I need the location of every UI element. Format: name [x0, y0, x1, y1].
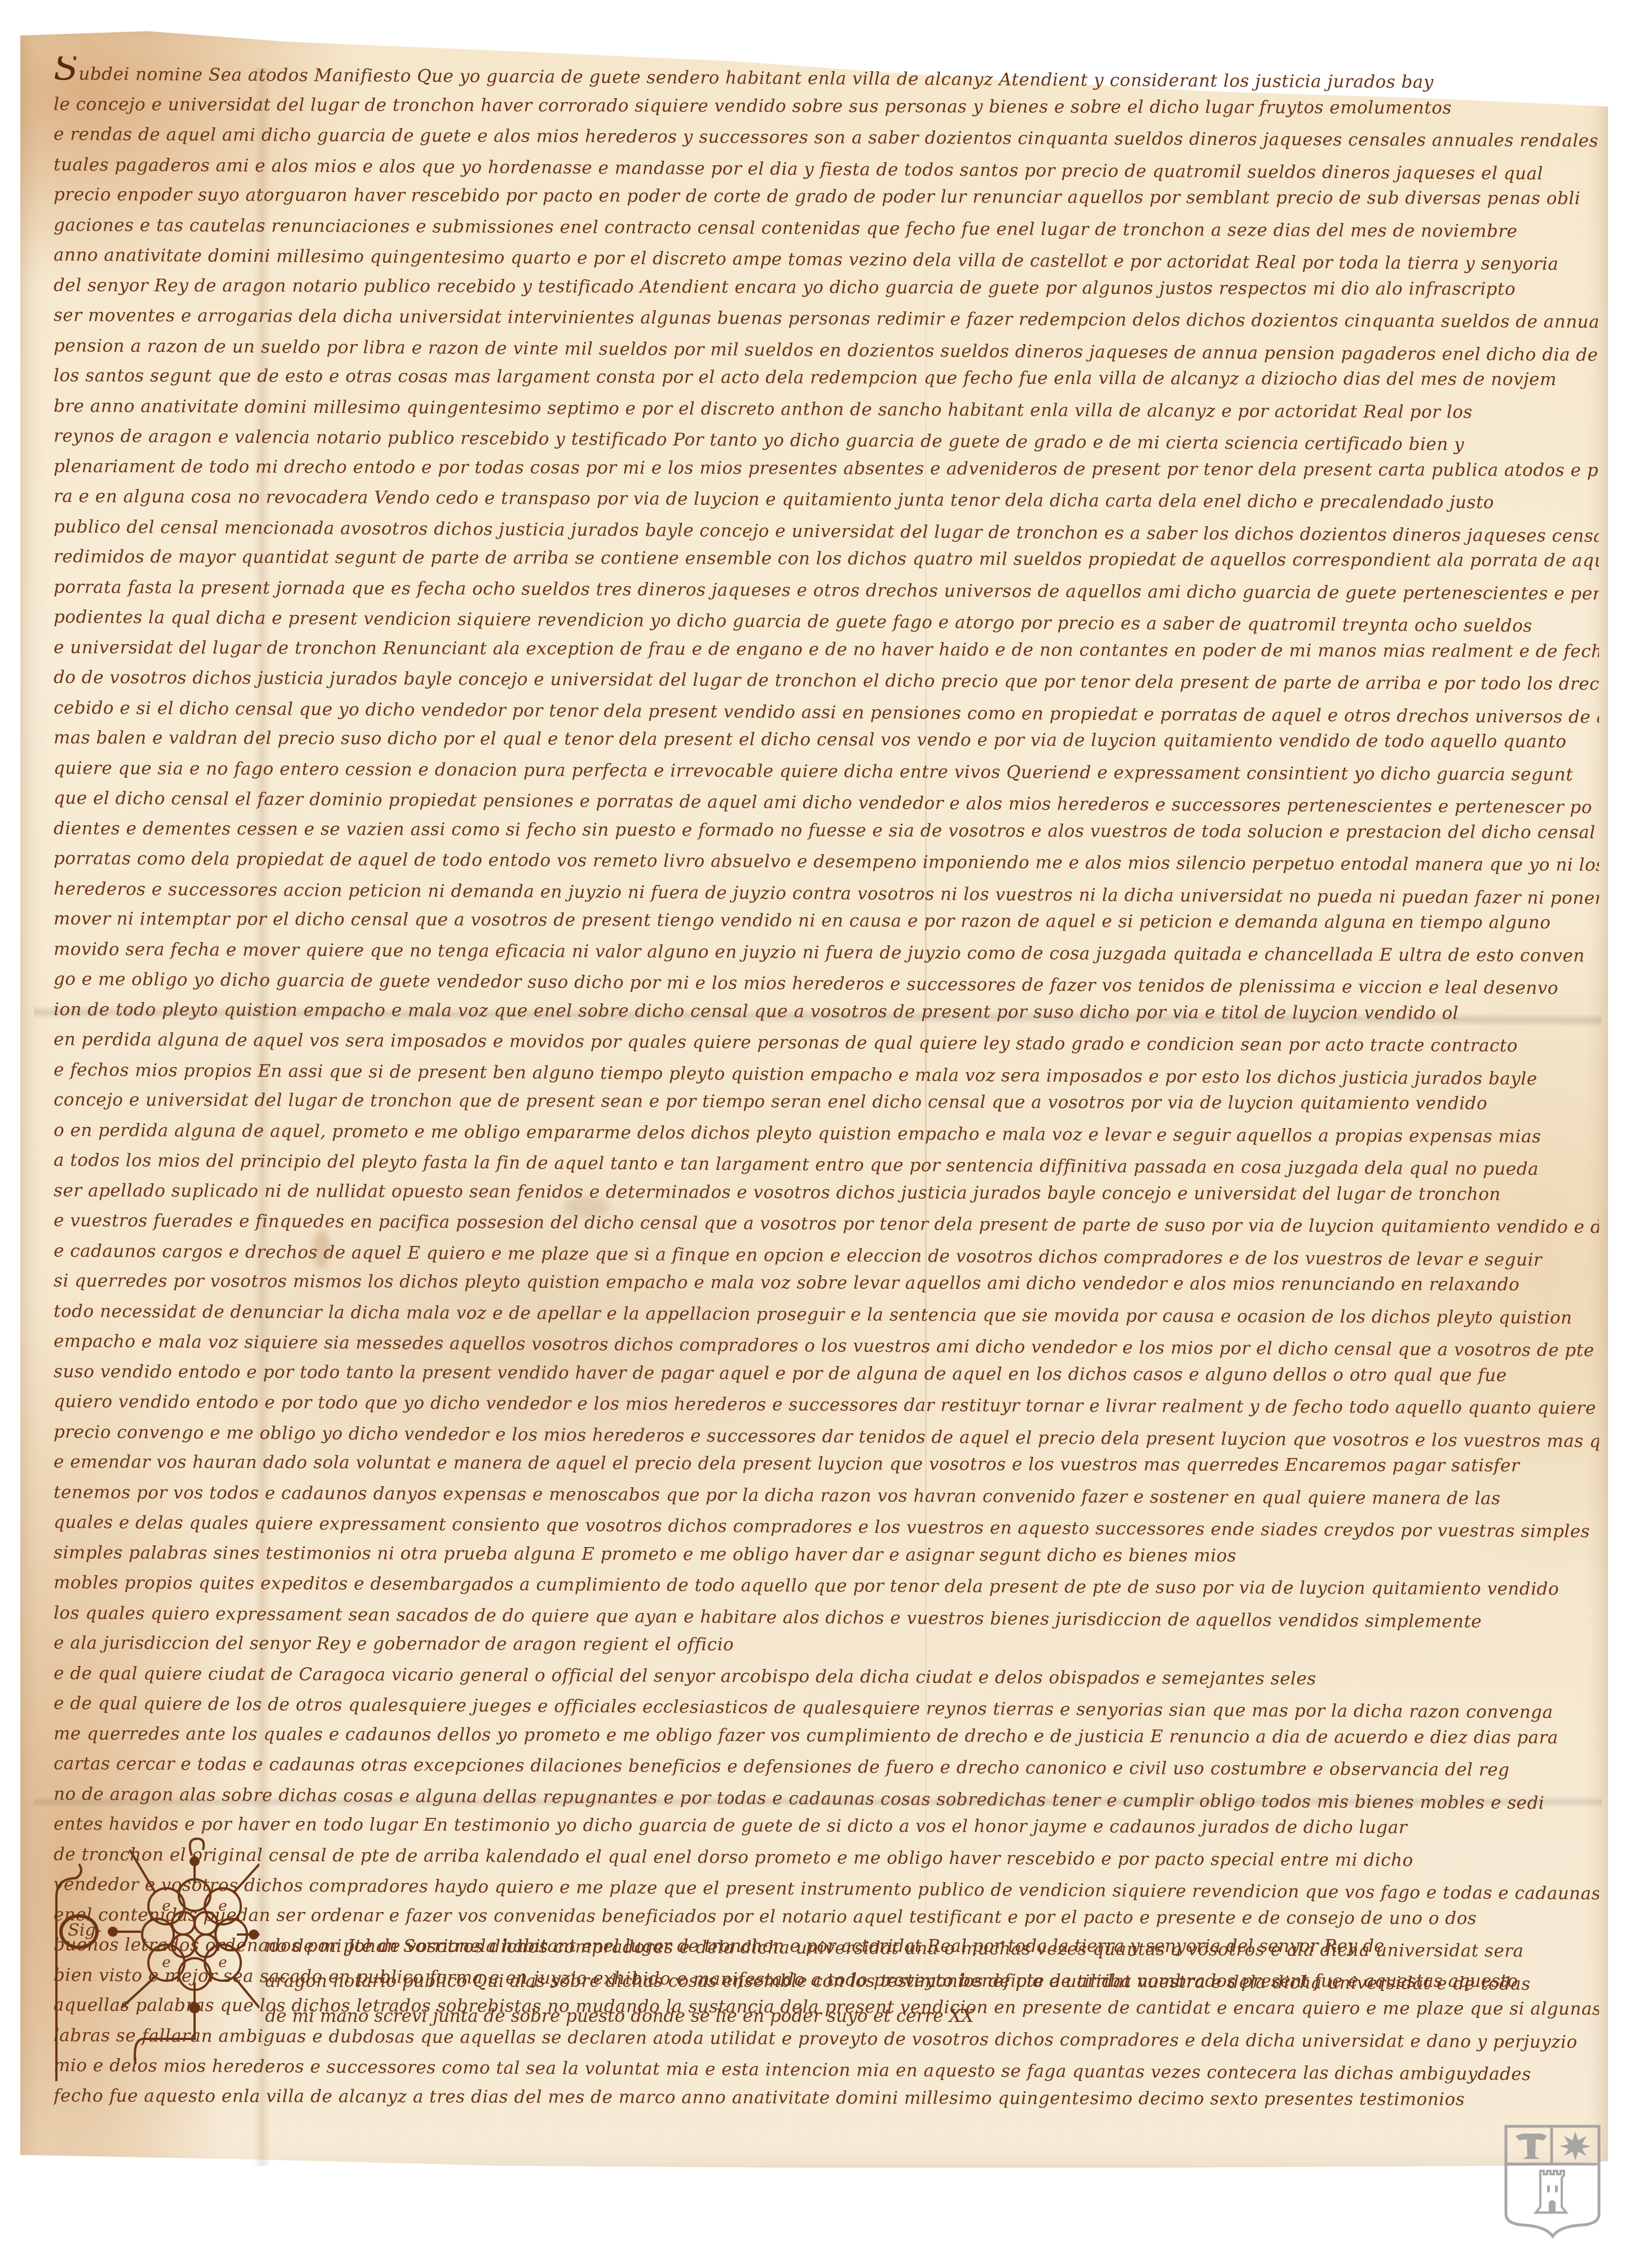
text-line: le concejo e universidat del lugar de tr… [54, 90, 1599, 124]
text-line: concejo e universidat del lugar de tronc… [54, 1085, 1599, 1120]
text-line: plenariament de todo mi drecho entodo e … [54, 452, 1599, 486]
text-line: suso vendido entodo e por todo tanto la … [54, 1357, 1599, 1391]
text-line: ion de todo pleyto quistion empacho e ma… [54, 995, 1599, 1029]
text-line: ser apellado suplicado ni de nullidat op… [54, 1176, 1599, 1210]
text-line: del senyor Rey de aragon notario publico… [54, 271, 1599, 305]
text-line: fecho fue aquesto enla villa de alcanyz … [54, 2081, 1599, 2116]
text-line: precio enpoder suyo atorguaron haver res… [54, 180, 1599, 214]
signum-letter: e [162, 1898, 170, 1915]
text-line: me querredes ante los quales e cadaunos … [54, 1719, 1599, 1753]
text-line: dientes e dementes cessen e se vazien as… [54, 814, 1599, 848]
subscription-line: de mi mano screvi junta de sobre puesto … [265, 1999, 1607, 2034]
text-line: mover ni intemptar por el dicho censal q… [54, 904, 1599, 938]
text-line: e ala jurisdiccion del senyor Rey e gobe… [54, 1628, 1599, 1663]
text-line: mas balen e valdran del precio suso dich… [54, 723, 1599, 757]
decorated-initial: S [54, 56, 79, 89]
subscription-line: aragon notario publico Qui alas sobre di… [265, 1964, 1607, 1999]
notarial-signum-icon: e e e e Sig- [23, 1816, 259, 2081]
text-line: e emendar vos hauran dado sola voluntat … [54, 1447, 1599, 1482]
text-line: e universidat del lugar de tronchon Renu… [54, 633, 1599, 667]
text-line: los santos segunt que de esto e otras co… [54, 361, 1599, 395]
text-line: entes havidos e por haver en todo lugar … [54, 1809, 1599, 1844]
signum-letter: e [162, 1954, 170, 1971]
signum-label: Sig- [68, 1920, 102, 1940]
signum-letter: e [218, 1954, 227, 1971]
signum-letter: e [218, 1898, 227, 1915]
text-line: simples palabras sines testimonios ni ot… [54, 1538, 1599, 1572]
charter-body: Subdei nomine Sea atodos Manifiesto Que … [54, 56, 1599, 2111]
notary-subscription: no de mi Johan Sorrionela habitant enel … [265, 1929, 1607, 2034]
coat-of-arms-icon [1503, 2123, 1602, 2239]
text-line: redimidos de mayor quantidat segunt de p… [54, 542, 1599, 576]
text-line: si querredes por vosotros mismos los dic… [54, 1266, 1599, 1301]
subscription-line: no de mi Johan Sorrionela habitant enel … [265, 1929, 1607, 1964]
